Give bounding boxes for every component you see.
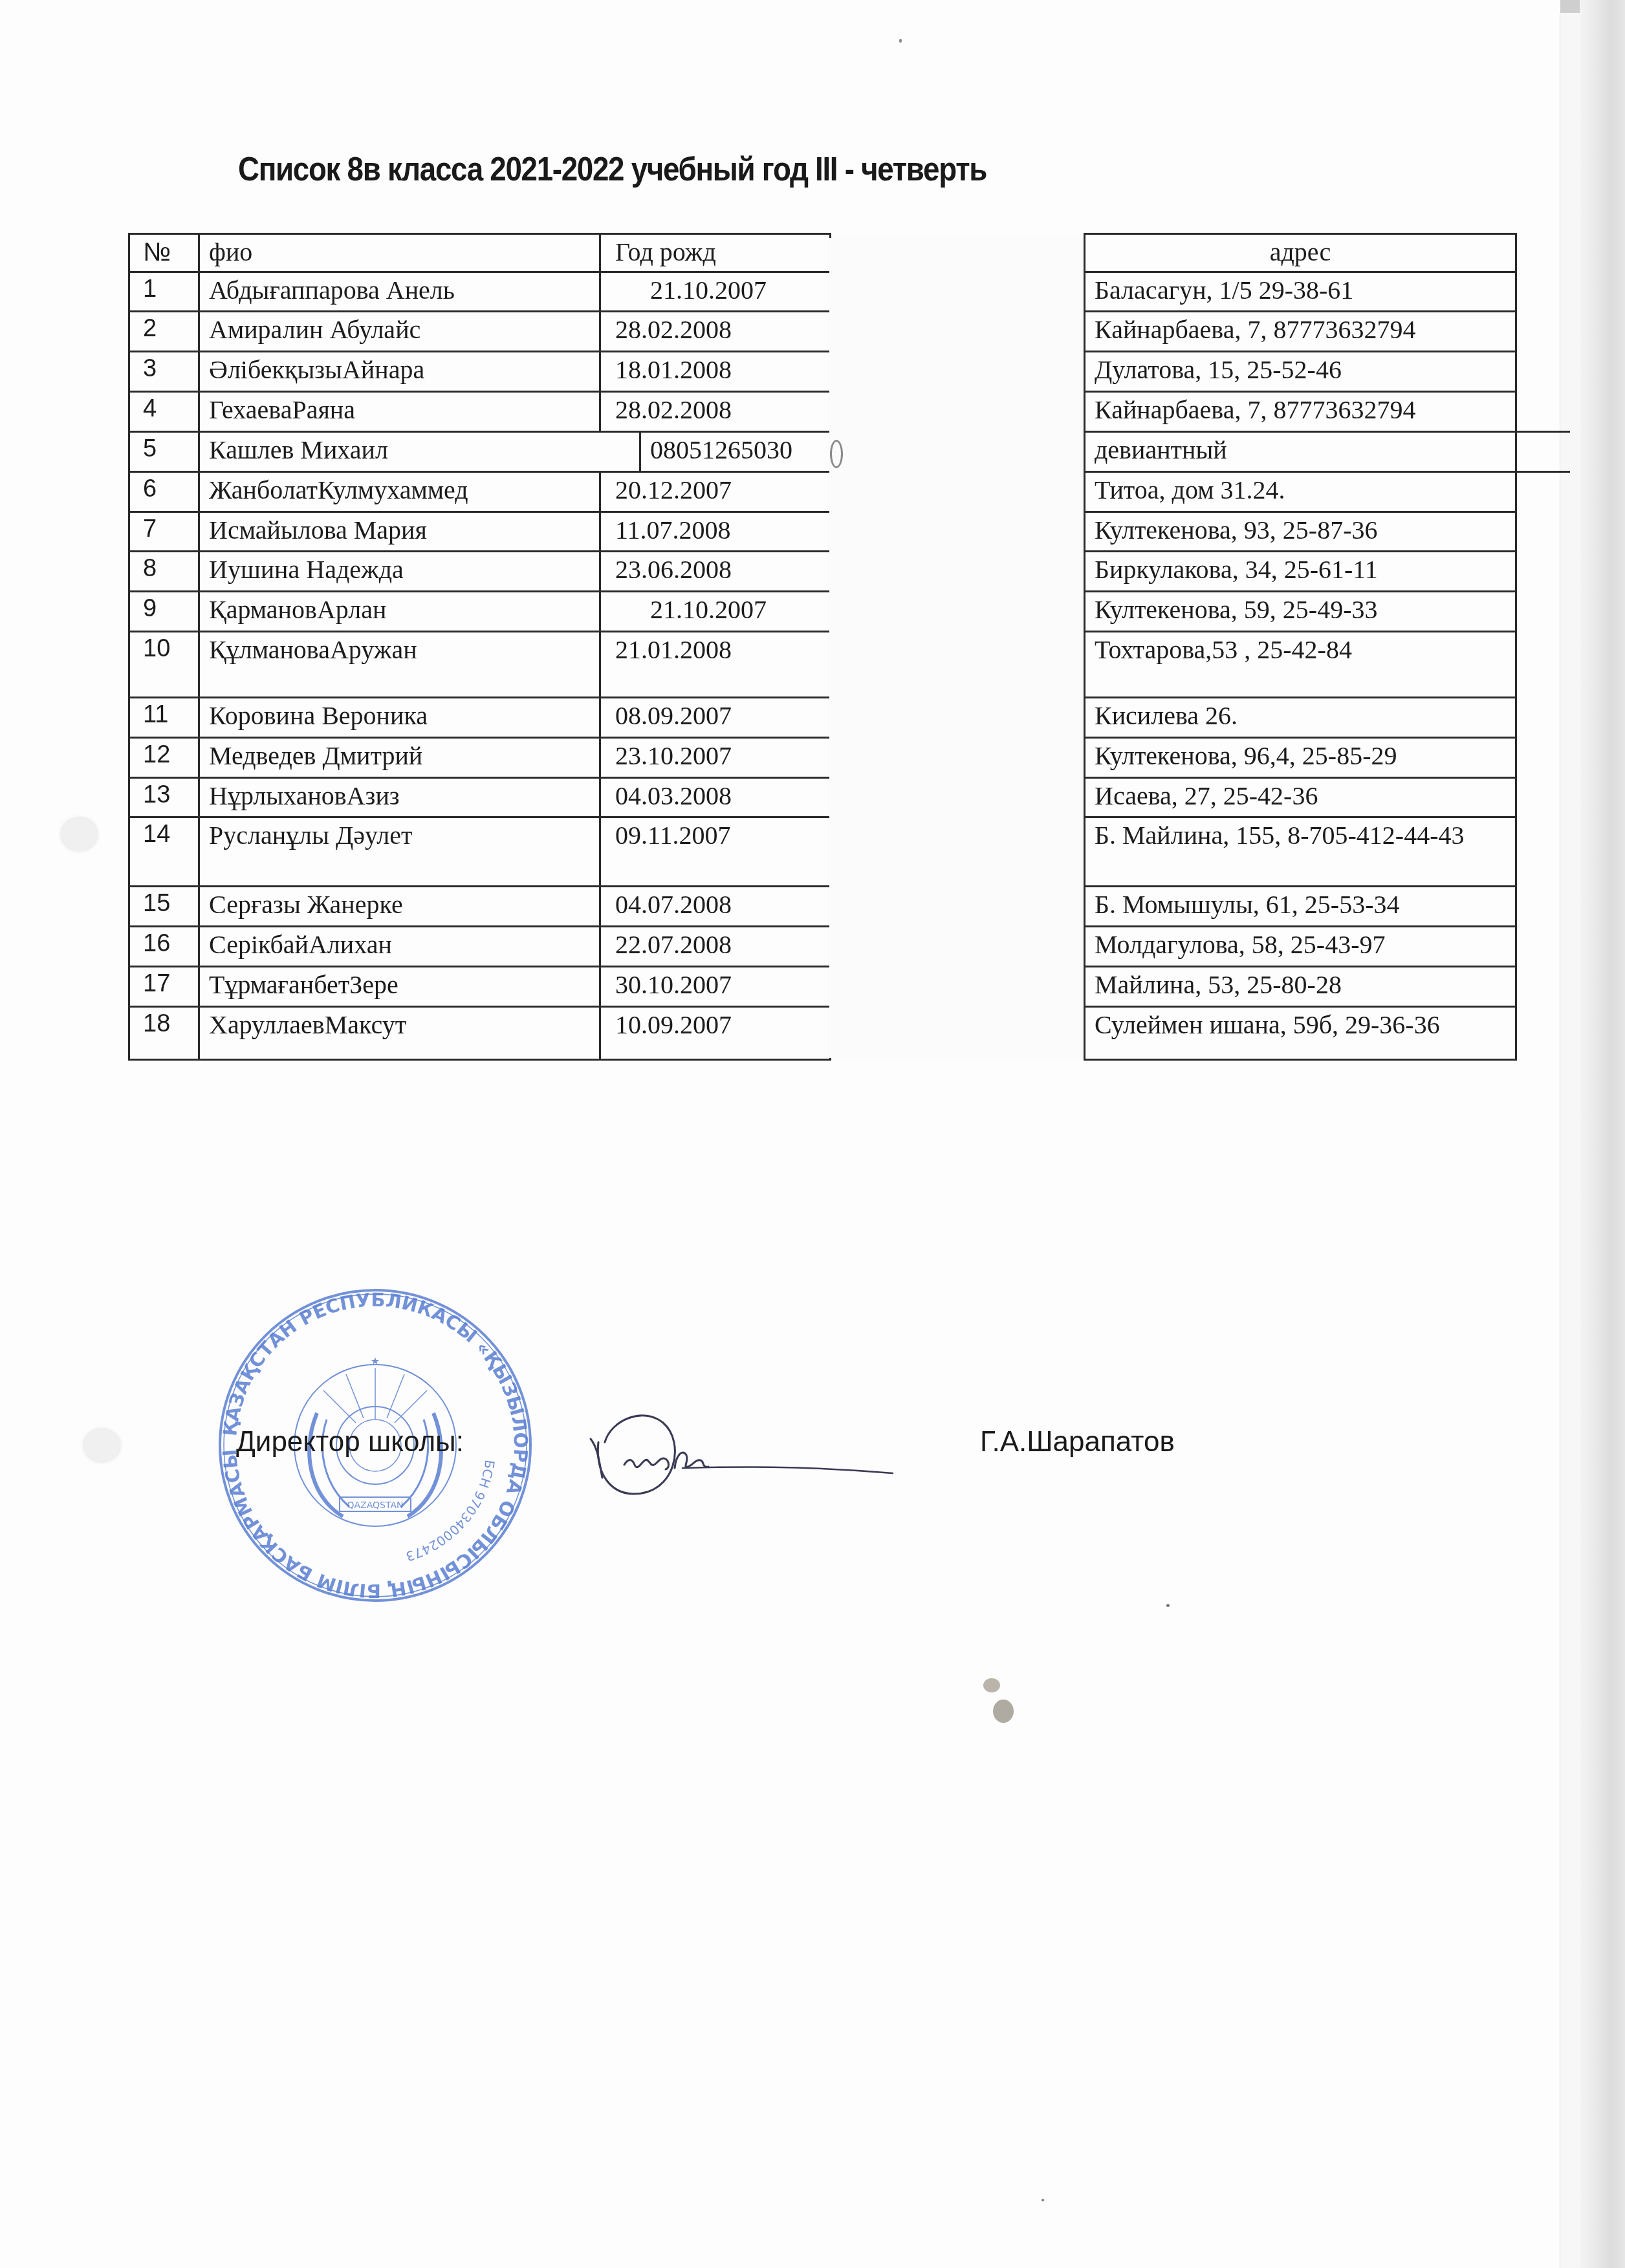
row-birth-date: 09.11.2007: [599, 816, 831, 887]
scan-speck: [1166, 1604, 1170, 1607]
row-address: Биркулакова, 34, 25-61-11: [1084, 550, 1517, 592]
row-number: 12: [128, 737, 200, 779]
row-name: Амиралин Абулайс: [198, 310, 601, 352]
table-line-extension: [1515, 431, 1570, 433]
row-name: Коровина Вероника: [198, 697, 601, 739]
row-number: 4: [128, 391, 200, 433]
row-address: Майлина, 53, 25-80-28: [1084, 966, 1517, 1008]
row-number: 5: [128, 431, 200, 473]
row-birth-date: 20.12.2007: [599, 471, 831, 513]
row-name: Медведев Дмитрий: [198, 737, 601, 779]
row-birth-date: 23.06.2008: [599, 550, 831, 592]
row-name: НұрлыхановАзиз: [198, 777, 601, 818]
row-address: Молдагулова, 58, 25-43-97: [1084, 925, 1517, 967]
header-birth-date: Год рожд: [599, 233, 831, 273]
row-birth-date: 21.10.2007: [599, 590, 831, 632]
redacted-column: [829, 238, 1082, 1058]
row-number: 7: [128, 511, 200, 552]
row-address: Култекенова, 93, 25-87-36: [1084, 511, 1517, 552]
scan-speck: [983, 1678, 1000, 1692]
row-number: 14: [128, 816, 200, 887]
table-line-extension: [1515, 471, 1570, 473]
row-name: ӘлібекқызыАйнара: [198, 351, 601, 393]
row-name: ТұрмағанбетЗере: [198, 966, 601, 1008]
row-address: Култекенова, 96,4, 25-85-29: [1084, 737, 1517, 779]
row-name: Абдығаппарова Анель: [198, 271, 601, 312]
row-id-number: 08051265030: [639, 431, 831, 473]
row-birth-date: 10.09.2007: [599, 1006, 831, 1061]
row-name: ГехаеваРаяна: [198, 391, 601, 433]
row-address: Дулатова, 15, 25-52-46: [1084, 351, 1517, 393]
scan-speck: [1042, 2199, 1044, 2201]
handwritten-signature: [585, 1403, 896, 1500]
row-address: Б. Момышулы, 61, 25-53-34: [1084, 885, 1517, 927]
row-name: Иушина Надежда: [198, 550, 601, 592]
row-name: Русланұлы Дәулет: [198, 816, 601, 887]
svg-text:★: ★: [371, 1356, 380, 1367]
row-number: 18: [128, 1006, 200, 1061]
row-number: 6: [128, 471, 200, 513]
row-name: Кашлев Михаил: [198, 431, 641, 473]
row-birth-date: 30.10.2007: [599, 966, 831, 1008]
row-number: 15: [128, 885, 200, 927]
row-number: 9: [128, 590, 200, 632]
row-number: 2: [128, 310, 200, 352]
scan-speck: [993, 1700, 1014, 1723]
row-birth-date: 23.10.2007: [599, 737, 831, 779]
row-address: девиантный: [1084, 431, 1517, 473]
row-birth-date: 22.07.2008: [599, 925, 831, 967]
scan-speck: [61, 818, 97, 850]
row-number: 8: [128, 550, 200, 592]
row-birth-date: 21.10.2007: [599, 271, 831, 312]
row-number: 17: [128, 966, 200, 1008]
scan-speck: [84, 1429, 120, 1462]
row-address: Исаева, 27, 25-42-36: [1084, 777, 1517, 818]
header-name: фио: [198, 233, 601, 273]
row-name: СерікбайАлихан: [198, 925, 601, 967]
row-birth-date: 28.02.2008: [599, 391, 831, 433]
header-number: №: [128, 233, 200, 273]
row-birth-date: 11.07.2008: [599, 511, 831, 552]
row-address: Култекенова, 59, 25-49-33: [1084, 590, 1517, 632]
svg-text:QAZAQSTAN: QAZAQSTAN: [347, 1500, 404, 1511]
row-number: 3: [128, 351, 200, 393]
row-address: Б. Майлина, 155, 8-705-412-44-43: [1084, 816, 1517, 887]
row-address: Сулеймен ишана, 59б, 29-36-36: [1084, 1006, 1517, 1061]
row-address: Тохтарова,53 , 25-42-84: [1084, 631, 1517, 698]
row-name: ЖанболатКулмухаммед: [198, 471, 601, 513]
header-address: адрес: [1084, 233, 1517, 273]
row-birth-date: 08.09.2007: [599, 697, 831, 739]
row-address: Титоа, дом 31.24.: [1084, 471, 1517, 513]
signatory-label: Директор школы:: [236, 1426, 464, 1458]
row-name: Исмайылова Мария: [198, 511, 601, 552]
row-address: Кайнарбаева, 7, 87773632794: [1084, 310, 1517, 352]
row-number: 1: [128, 271, 200, 312]
row-name: Серғазы Жанерке: [198, 885, 601, 927]
row-birth-date: 04.03.2008: [599, 777, 831, 818]
row-birth-date: 21.01.2008: [599, 631, 831, 698]
row-address: Кайнарбаева, 7, 87773632794: [1084, 391, 1517, 433]
row-birth-date: 04.07.2008: [599, 885, 831, 927]
row-number: 16: [128, 925, 200, 967]
row-address: Баласагун, 1/5 29-38-61: [1084, 271, 1517, 312]
student-table: №фиоГод рождадрес1Абдығаппарова Анель21.…: [0, 0, 1625, 2268]
signatory-name: Г.А.Шарапатов: [980, 1426, 1175, 1458]
pencil-circle-mark: [830, 440, 843, 468]
row-number: 13: [128, 777, 200, 818]
row-name: ҚармановАрлан: [198, 590, 601, 632]
row-name: ХаруллаевМаксут: [198, 1006, 601, 1061]
row-birth-date: 18.01.2008: [599, 351, 831, 393]
row-number: 10: [128, 631, 200, 698]
scan-speck: [899, 39, 902, 43]
row-address: Кисилева 26.: [1084, 697, 1517, 739]
row-name: ҚұлмановаАружан: [198, 631, 601, 698]
row-number: 11: [128, 697, 200, 739]
row-birth-date: 28.02.2008: [599, 310, 831, 352]
